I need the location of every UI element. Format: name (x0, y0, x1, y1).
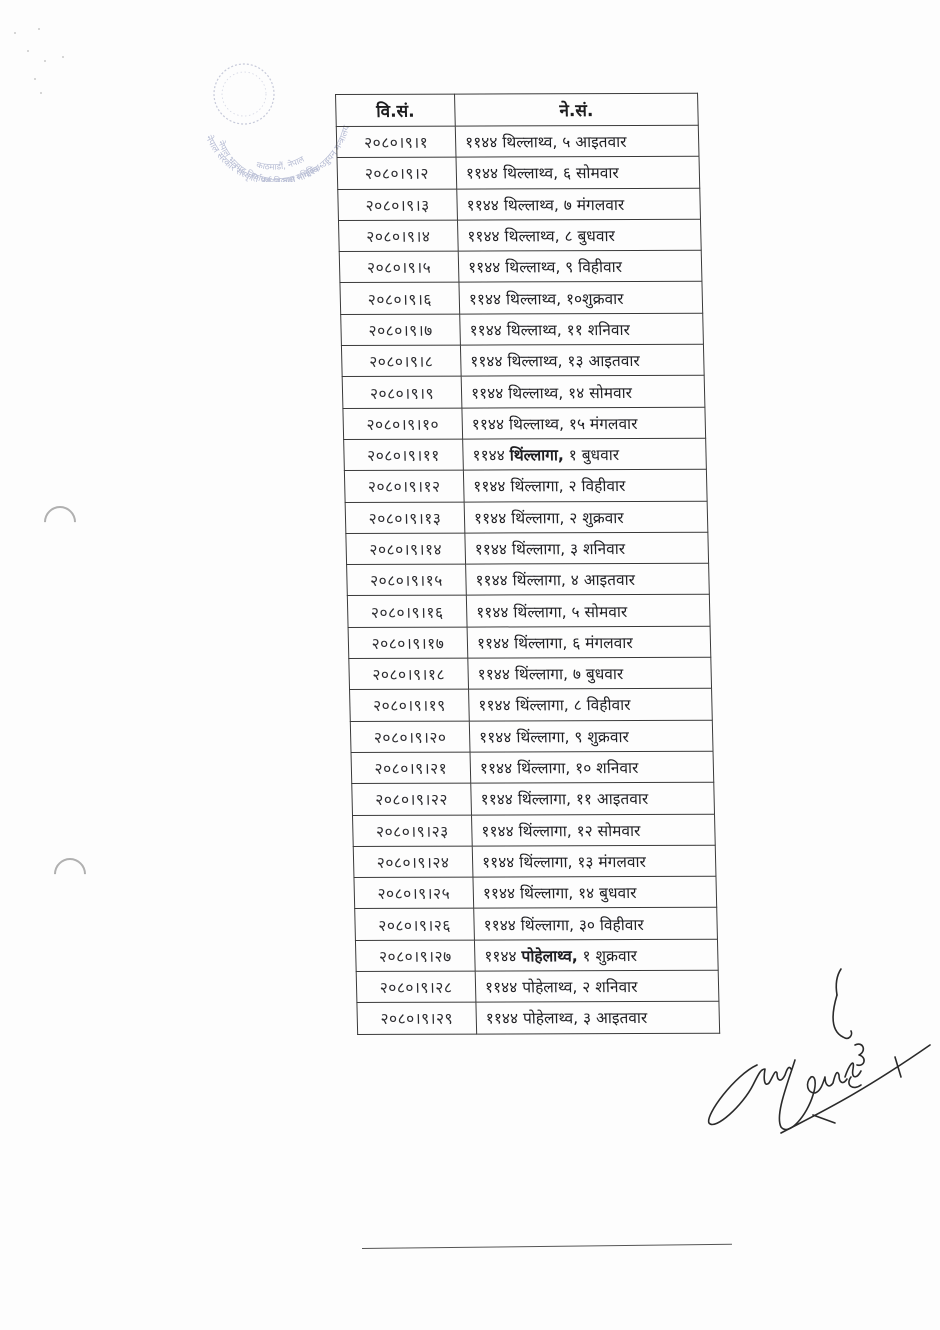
vikram-samvat-date: २०८०।९।१० (343, 408, 463, 440)
ns-month: थिंल्लागा, (517, 759, 571, 777)
table-row: २०८०।९।१७११४४ थिंल्लागा, ६ मंगलवार (348, 626, 711, 659)
vikram-samvat-date: २०८०।९।१२ (344, 470, 464, 502)
nepal-samvat-date: ११४४ थिल्लाथ्व, १०शुक्रवार (459, 282, 703, 314)
ns-year: ११४४ (483, 885, 516, 903)
ns-year: ११४४ (471, 384, 504, 402)
table-row: २०८०।९।१८११४४ थिंल्लागा, ७ बुधवार (349, 657, 712, 690)
date-conversion-table: वि.सं. ने.सं. २०८०।९।१११४४ थिल्लाथ्व, ५ … (335, 93, 720, 1035)
vikram-samvat-date: २०८०।९।१३ (345, 502, 465, 534)
nepal-samvat-date: ११४४ थिंल्लागा, ३ शनिवार (465, 532, 709, 564)
vikram-samvat-date: २०८०।९।२६ (355, 909, 475, 941)
nepal-samvat-date: ११४४ थिल्लाथ्व, ६ सोमवार (456, 157, 700, 189)
nepal-samvat-date: ११४४ थिंल्लागा, २ शुक्रवार (464, 501, 708, 533)
ns-year: ११४४ (468, 259, 501, 277)
nepal-samvat-date: ११४४ थिंल्लागा, १२ सोमवार (471, 814, 715, 846)
ns-day-weekday: ९ शुक्रवार (574, 728, 629, 746)
nepal-samvat-date: ११४४ थिंल्लागा, ८ विहीवार (469, 689, 713, 721)
ns-month: थिल्लाथ्व, (505, 259, 560, 277)
ns-year: ११४४ (477, 634, 510, 652)
nepal-samvat-date: ११४४ थिल्लाथ्व, ५ आइतवार (455, 125, 699, 157)
vikram-samvat-date: २०८०।९।३ (338, 189, 458, 221)
vikram-samvat-date: २०८०।९।१४ (346, 533, 466, 565)
ns-day-weekday: १० शनिवार (575, 759, 639, 777)
ns-year: ११४४ (485, 979, 518, 997)
nepal-samvat-date: ११४४ थिंल्लागा, १४ बुधवार (473, 876, 717, 908)
table-row: २०८०।९।२७११४४ पोहेलाथ्व, १ शुक्रवार (355, 939, 718, 972)
table-row: २०८०।९।७११४४ थिल्लाथ्व, ११ शनिवार (341, 313, 704, 346)
ns-month: थिंल्लागा, (510, 446, 564, 464)
ns-day-weekday: ८ बुधवार (564, 227, 615, 245)
scanned-document-page: नेपाल सरकार संस्कृति पर्यटन तथा नागरिक उ… (0, 0, 940, 1330)
ns-month: थिंल्लागा, (521, 916, 575, 934)
nepal-samvat-date: ११४४ थिल्लाथ्व, ८ बुधवार (457, 219, 701, 251)
ns-day-weekday: ५ सोमवार (571, 603, 627, 621)
ns-year: ११४४ (483, 916, 516, 934)
table-row: २०८०।९।२८११४४ पोहेलाथ्व, २ शनिवार (356, 970, 719, 1003)
nepal-samvat-date: ११४४ थिंल्लागा, ९ शुक्रवार (469, 720, 713, 752)
table-row: २०८०।९।२३११४४ थिंल्लागा, १२ सोमवार (352, 814, 715, 847)
ns-year: ११४४ (484, 947, 517, 965)
table-row: २०८०।९।१५११४४ थिंल्लागा, ४ आइतवार (347, 563, 710, 596)
table-row: २०८०।९।१३११४४ थिंल्लागा, २ शुक्रवार (345, 501, 708, 534)
ns-month: थिंल्लागा, (518, 791, 572, 809)
nepal-samvat-date: ११४४ थिल्लाथ्व, ७ मंगलवार (457, 188, 701, 220)
ns-year: ११४४ (479, 728, 512, 746)
table-row: २०८०।९।२४११४४ थिंल्लागा, १३ मंगलवार (353, 845, 716, 878)
ns-day-weekday: १४ सोमवार (568, 384, 632, 402)
ns-day-weekday: ६ मंगलवार (572, 634, 633, 652)
ns-day-weekday: ३० विहीवार (579, 916, 644, 934)
nepal-samvat-date: ११४४ थिल्लाथ्व, १५ मंगलवार (462, 407, 706, 439)
nepal-samvat-date: ११४४ थिंल्लागा, ६ मंगलवार (467, 626, 711, 658)
vikram-samvat-date: २०८०।९।२१ (351, 752, 471, 784)
vikram-samvat-date: २०८०।९।२ (337, 157, 457, 189)
ns-day-weekday: १५ मंगलवार (569, 415, 638, 433)
ns-month: पोहेलाथ्व, (522, 978, 578, 996)
table-row: २०८०।९।२५११४४ थिंल्लागा, १४ बुधवार (354, 876, 717, 909)
punch-hole-mark (37, 499, 82, 544)
table-row: २०८०।९।५११४४ थिल्लाथ्व, ९ विहीवार (339, 250, 702, 283)
vikram-samvat-date: २०८०।९।१७ (348, 627, 468, 659)
ns-day-weekday: ५ आइतवार (562, 133, 627, 151)
ns-year: ११४४ (465, 134, 498, 152)
ns-year: ११४४ (469, 290, 502, 308)
ns-day-weekday: २ शनिवार (582, 978, 638, 996)
signature-line (362, 1244, 732, 1249)
ns-day-weekday: ७ मंगलवार (564, 196, 625, 214)
ns-year: ११४४ (469, 321, 502, 339)
table-row: २०८०।९।११११४४ थिंल्लागा, १ बुधवार (344, 438, 707, 471)
nepal-samvat-date: ११४४ थिल्लाथ्व, १४ सोमवार (461, 376, 705, 408)
ns-day-weekday: ६ सोमवार (563, 164, 619, 182)
ns-month: थिंल्लागा, (514, 634, 568, 652)
ns-month: थिंल्लागा, (512, 540, 566, 558)
nepal-samvat-date: ११४४ थिंल्लागा, ७ बुधवार (468, 657, 712, 689)
nepal-samvat-date: ११४४ पोहेलाथ्व, ३ आइतवार (476, 1002, 720, 1034)
ns-year: ११४४ (476, 603, 509, 621)
ns-year: ११४४ (472, 447, 505, 465)
ns-month: पोहेलाथ्व, (521, 947, 577, 965)
table-row: २०८०।९।६११४४ थिल्लाथ्व, १०शुक्रवार (340, 282, 703, 315)
ns-month: थिंल्लागा, (520, 885, 574, 903)
ns-month: थिंल्लागा, (518, 822, 572, 840)
table-row: २०८०।९।१६११४४ थिंल्लागा, ५ सोमवार (347, 595, 710, 628)
ns-day-weekday: ८ विहीवार (573, 697, 630, 715)
ns-month: थिंल्लागा, (515, 665, 569, 683)
table-row: २०८०।९।२११४४ थिल्लाथ्व, ६ सोमवार (337, 157, 700, 190)
ns-day-weekday: १ शुक्रवार (582, 947, 637, 965)
stamp-bottom-text: काठमाडौं, नेपाल (255, 155, 306, 173)
svg-text:काठमाडौं, नेपाल: काठमाडौं, नेपाल (255, 155, 306, 173)
ns-year: ११४४ (472, 415, 505, 433)
vikram-samvat-date: २०८०।९।१ (336, 126, 456, 158)
ns-year: ११४४ (470, 353, 503, 371)
table-header-row: वि.सं. ने.सं. (336, 93, 699, 126)
ns-year: ११४४ (480, 791, 513, 809)
vikram-samvat-date: २०८०।९।६ (340, 283, 460, 315)
ns-day-weekday: २ विहीवार (568, 477, 625, 495)
ns-day-weekday: २ शुक्रवार (569, 509, 624, 527)
ns-month: थिंल्लागा, (516, 728, 570, 746)
ns-month: थिल्लाथ्व, (503, 165, 558, 183)
ns-month: थिंल्लागा, (511, 509, 565, 527)
vikram-samvat-date: २०८०।९।२९ (357, 1002, 477, 1034)
ns-year: ११४४ (475, 572, 508, 590)
vikram-samvat-date: २०८०।९।७ (341, 314, 461, 346)
vikram-samvat-date: २०८०।९।२२ (352, 783, 472, 815)
nepal-samvat-date: ११४४ थिंल्लागा, ५ सोमवार (466, 595, 710, 627)
vikram-samvat-date: २०८०।९।२४ (353, 846, 473, 878)
vikram-samvat-date: २०८०।९।२३ (352, 815, 472, 847)
table-row: २०८०।९।९११४४ थिल्लाथ्व, १४ सोमवार (342, 376, 705, 409)
ns-year: ११४४ (478, 697, 511, 715)
ns-day-weekday: ३ आइतवार (583, 1009, 648, 1027)
nepal-samvat-date: ११४४ थिंल्लागा, ११ आइतवार (471, 782, 715, 814)
ns-month: पोहेलाथ्व, (523, 1010, 579, 1028)
header-nepal-samvat: ने.सं. (455, 93, 699, 126)
nepal-samvat-date: ११४४ थिंल्लागा, १० शनिवार (470, 751, 714, 783)
ns-month: थिल्लाथ्व, (507, 321, 562, 339)
table-row: २०८०।९।१११४४ थिल्लाथ्व, ५ आइतवार (336, 125, 699, 158)
table-row: २०८०।९।२२११४४ थिंल्लागा, ११ आइतवार (352, 782, 715, 815)
ns-year: ११४४ (474, 509, 507, 527)
table-row: २०८०।९।४११४४ थिल्लाथ्व, ८ बुधवार (338, 219, 701, 252)
ns-day-weekday: ११ शनिवार (566, 321, 630, 339)
ns-day-weekday: ९ विहीवार (565, 258, 622, 276)
header-vikram-samvat: वि.सं. (336, 94, 456, 126)
ns-month: थिल्लाथ्व, (502, 133, 557, 151)
ns-month: थिल्लाथ्व, (504, 196, 559, 214)
nepal-samvat-date: ११४४ पोहेलाथ्व, २ शनिवार (475, 970, 719, 1002)
vikram-samvat-date: २०८०।९।९ (342, 376, 462, 408)
table-row: २०८०।९।८११४४ थिल्लाथ्व, १३ आइतवार (341, 344, 704, 377)
ns-year: ११४४ (477, 666, 510, 684)
ns-year: ११४४ (467, 227, 500, 245)
table-row: २०८०।९।२९११४४ पोहेलाथ्व, ३ आइतवार (357, 1002, 720, 1035)
handwritten-signature-icon (695, 965, 935, 1145)
vikram-samvat-date: २०८०।९।१५ (347, 564, 467, 596)
nepal-samvat-date: ११४४ थिंल्लागा, २ विहीवार (463, 470, 707, 502)
ns-month: थिल्लाथ्व, (507, 352, 562, 370)
nepal-samvat-date: ११४४ थिल्लाथ्व, ११ शनिवार (460, 313, 704, 345)
ns-year: ११४४ (481, 822, 514, 840)
ns-day-weekday: ११ आइतवार (576, 790, 649, 808)
ns-day-weekday: १३ आइतवार (567, 352, 640, 370)
ns-month: थिंल्लागा, (519, 853, 573, 871)
ns-day-weekday: १ बुधवार (569, 446, 620, 464)
vikram-samvat-date: २०८०।९।१६ (347, 596, 467, 628)
vikram-samvat-date: २०८०।९।८ (341, 345, 461, 377)
ns-month: थिल्लाथ्व, (508, 384, 563, 402)
ns-month: थिंल्लागा, (513, 603, 567, 621)
vikram-samvat-date: २०८०।९।२८ (356, 971, 476, 1003)
official-seal-icon: नेपाल सरकार संस्कृति पर्यटन तथा नागरिक उ… (196, 42, 356, 182)
table-row: २०८०।९।३११४४ थिल्लाथ्व, ७ मंगलवार (338, 188, 701, 221)
ns-day-weekday: ७ बुधवार (573, 665, 624, 683)
table-row: २०८०।९।१०११४४ थिल्लाथ्व, १५ मंगलवार (343, 407, 706, 440)
ns-month: थिंल्लागा, (510, 478, 564, 496)
nepal-samvat-date: ११४४ थिंल्लागा, ४ आइतवार (466, 563, 710, 595)
ns-month: थिल्लाथ्व, (504, 227, 559, 245)
ns-month: थिल्लाथ्व, (509, 415, 564, 433)
vikram-samvat-date: २०८०।९।१९ (350, 689, 470, 721)
ns-year: ११४४ (486, 1010, 519, 1028)
nepal-samvat-date: ११४४ थिंल्लागा, ३० विहीवार (474, 908, 718, 940)
table-row: २०८०।९।१४११४४ थिंल्लागा, ३ शनिवार (346, 532, 709, 565)
punch-hole-mark (47, 851, 92, 896)
nepal-samvat-date: ११४४ थिल्लाथ्व, ९ विहीवार (458, 250, 702, 282)
nepal-samvat-date: ११४४ थिंल्लागा, १ बुधवार (463, 438, 707, 470)
ns-day-weekday: १३ मंगलवार (577, 853, 646, 871)
ns-year: ११४४ (466, 196, 499, 214)
nepal-samvat-date: ११४४ थिंल्लागा, १३ मंगलवार (472, 845, 716, 877)
ns-year: ११४४ (475, 540, 508, 558)
vikram-samvat-date: २०८०।९।१८ (349, 658, 469, 690)
ns-day-weekday: ३ शनिवार (570, 540, 626, 558)
table-row: २०८०।९।१९११४४ थिंल्लागा, ८ विहीवार (350, 689, 713, 722)
vikram-samvat-date: २०८०।९।२५ (354, 877, 474, 909)
nepal-samvat-date: ११४४ पोहेलाथ्व, १ शुक्रवार (474, 939, 718, 971)
vikram-samvat-date: २०८०।९।५ (339, 251, 459, 283)
vikram-samvat-date: २०८०।९।११ (344, 439, 464, 471)
ns-month: थिल्लाथ्व, (506, 290, 561, 308)
vikram-samvat-date: २०८०।९।४ (338, 220, 458, 252)
ns-year: ११४४ (473, 478, 506, 496)
ns-year: ११४४ (466, 165, 499, 183)
ns-year: ११४४ (482, 853, 515, 871)
table-row: २०८०।९।२६११४४ थिंल्लागा, ३० विहीवार (355, 908, 718, 941)
table-row: २०८०।९।२०११४४ थिंल्लागा, ९ शुक्रवार (350, 720, 713, 753)
table-row: २०८०।९।२१११४४ थिंल्लागा, १० शनिवार (351, 751, 714, 784)
table-row: २०८०।९।१२११४४ थिंल्लागा, २ विहीवार (344, 470, 707, 503)
ns-day-weekday: १२ सोमवार (576, 822, 640, 840)
ns-year: ११४४ (480, 760, 513, 778)
ns-month: थिंल्लागा, (515, 697, 569, 715)
ns-month: थिंल्लागा, (512, 572, 566, 590)
ns-day-weekday: १४ बुधवार (578, 884, 637, 902)
ns-day-weekday: १०शुक्रवार (566, 290, 624, 308)
ns-day-weekday: ४ आइतवार (571, 571, 636, 589)
vikram-samvat-date: २०८०।९।२० (350, 721, 470, 753)
vikram-samvat-date: २०८०।९।२७ (355, 940, 475, 972)
nepal-samvat-date: ११४४ थिल्लाथ्व, १३ आइतवार (460, 344, 704, 376)
